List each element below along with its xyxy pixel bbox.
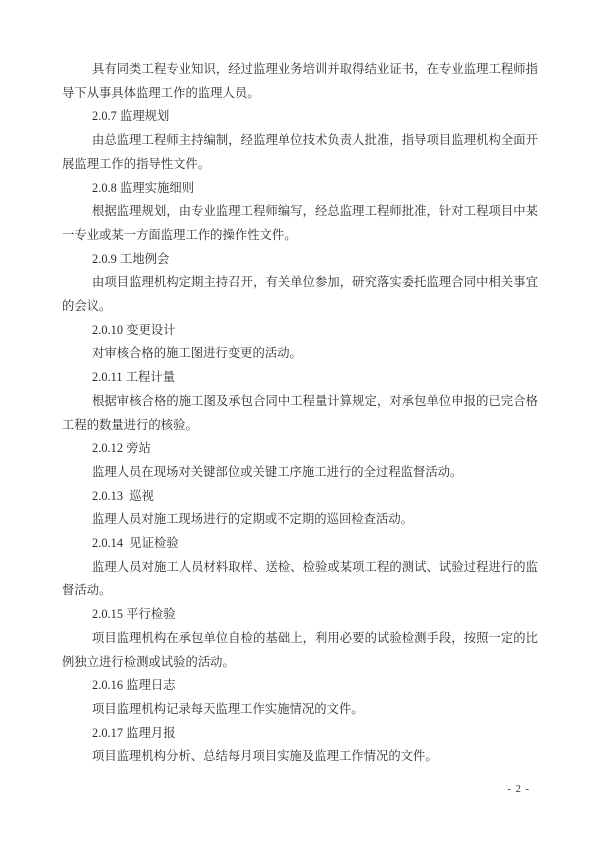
definition-line: 项目监理机构在承包单位自检的基础上，利用必要的试验检测手段，按照一定的比 [62, 627, 538, 651]
definition-line: 监理人员对施工人员材料取样、送检、检验或某项工程的测试、试验过程进行的监 [62, 556, 538, 580]
term-heading-line: 2.0.12 旁站 [62, 437, 538, 461]
definition-line: 督活动。 [62, 579, 538, 603]
term-heading-line: 2.0.17 监理月报 [62, 722, 538, 746]
term-heading-line: 2.0.15 平行检验 [62, 603, 538, 627]
definition-line: 的会议。 [62, 295, 538, 319]
definition-line: 对审核合格的施工图进行变更的活动。 [62, 342, 538, 366]
definition-line: 监理人员对施工现场进行的定期或不定期的巡回检查活动。 [62, 508, 538, 532]
term-heading-line: 2.0.14 见证检验 [62, 532, 538, 556]
definition-line: 根据监理规划，由专业监理工程师编写，经总监理工程师批准，针对工程项目中某 [62, 200, 538, 224]
term-heading-line: 2.0.9 工地例会 [62, 248, 538, 272]
term-heading-line: 2.0.16 监理日志 [62, 674, 538, 698]
definition-line: 根据审核合格的施工图及承包合同中工程量计算规定，对承包单位申报的已完合格 [62, 390, 538, 414]
page-number: - 2 - [508, 784, 531, 795]
definition-line: 由项目监理机构定期主持召开，有关单位参加，研究落实委托监理合同中相关事宜 [62, 271, 538, 295]
definition-line: 项目监理机构记录每天监理工作实施情况的文件。 [62, 698, 538, 722]
term-heading-line: 2.0.13 巡视 [62, 485, 538, 509]
definition-line: 例独立进行检测或试验的活动。 [62, 651, 538, 675]
term-heading-line: 2.0.8 监理实施细则 [62, 177, 538, 201]
term-heading-line: 2.0.11 工程计量 [62, 366, 538, 390]
definition-line: 展监理工作的指导性文件。 [62, 153, 538, 177]
term-heading-line: 2.0.7 监理规划 [62, 105, 538, 129]
definition-line: 项目监理机构分析、总结每月项目实施及监理工作情况的文件。 [62, 745, 538, 769]
definition-line: 工程的数量进行的核验。 [62, 414, 538, 438]
definition-line: 导下从事具体监理工作的监理人员。 [62, 82, 538, 106]
definition-line: 一专业或某一方面监理工作的操作性文件。 [62, 224, 538, 248]
definition-line: 监理人员在现场对关键部位或关键工序施工进行的全过程监督活动。 [62, 461, 538, 485]
definition-line: 由总监理工程师主持编制，经监理单位技术负责人批准，指导项目监理机构全面开 [62, 129, 538, 153]
document-text-block: 具有同类工程专业知识，经过监理业务培训并取得结业证书，在专业监理工程师指导下从事… [62, 58, 538, 769]
definition-line: 具有同类工程专业知识，经过监理业务培训并取得结业证书，在专业监理工程师指 [62, 58, 538, 82]
document-page: 具有同类工程专业知识，经过监理业务培训并取得结业证书，在专业监理工程师指导下从事… [0, 0, 600, 848]
term-heading-line: 2.0.10 变更设计 [62, 319, 538, 343]
